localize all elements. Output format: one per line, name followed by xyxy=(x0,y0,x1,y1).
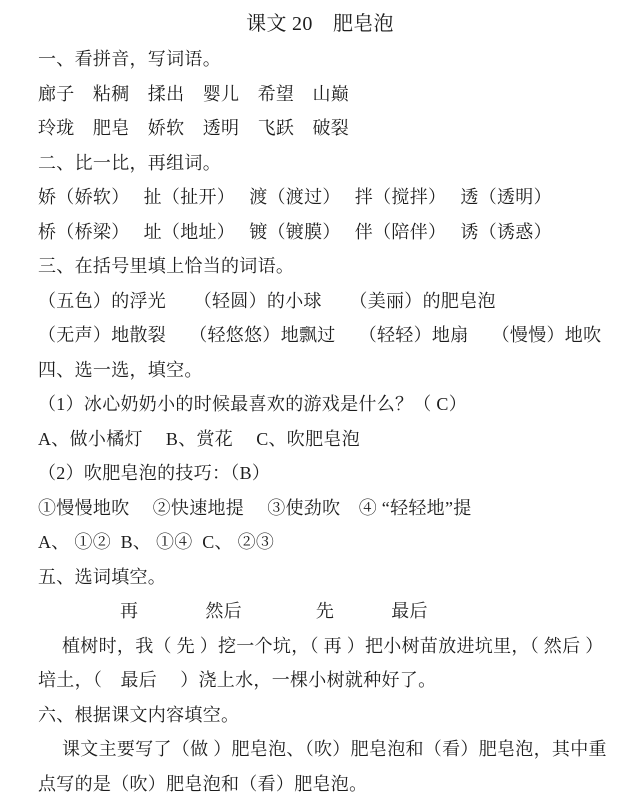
section5-heading: 五、选词填空。 xyxy=(38,560,626,595)
section6-heading: 六、根据课文内容填空。 xyxy=(38,698,626,733)
section2-row-2: 桥（桥梁） 址（地址） 镀（镀膜） 伴（陪伴） 诱（诱惑） xyxy=(38,215,626,250)
section1-word-row-2: 玲珑 肥皂 娇软 透明 飞跃 破裂 xyxy=(38,111,626,146)
section5-paragraph-line-1: 植树时，我（ 先 ）挖一个坑，（ 再 ）把小树苗放进坑里，（ 然后 ） xyxy=(38,629,626,664)
section2-row-1: 娇（娇软） 扯（扯开） 渡（渡过） 拌（搅拌） 透（透明） xyxy=(38,180,626,215)
section5-word-bank: 再然后先最后 xyxy=(38,594,626,629)
section2-heading: 二、比一比，再组词。 xyxy=(38,146,626,181)
word-bank-item: 先 xyxy=(316,594,334,629)
word-bank-item: 然后 xyxy=(205,594,242,629)
worksheet-page: 课文 20 肥皂泡 一、看拼音，写词语。 廊子 粘稠 揉出 婴儿 希望 山巅 玲… xyxy=(0,0,640,803)
page-title: 课文 20 肥皂泡 xyxy=(14,6,626,42)
section4-question-2-items: ①慢慢地吹 ②快速地提 ③使劲吹 ④ “轻轻地”提 xyxy=(38,491,626,526)
word-bank-item: 再 xyxy=(120,594,138,629)
section1-heading: 一、看拼音，写词语。 xyxy=(38,42,626,77)
word-bank-item: 最后 xyxy=(391,594,428,629)
section4-question-2: （2）吹肥皂泡的技巧：（B） xyxy=(38,456,626,491)
section1-word-row-1: 廊子 粘稠 揉出 婴儿 希望 山巅 xyxy=(38,77,626,112)
section3-heading: 三、在括号里填上恰当的词语。 xyxy=(38,249,626,284)
section4-question-1-options: A、做小橘灯 B、赏花 C、吹肥皂泡 xyxy=(38,422,626,457)
section4-question-1: （1）冰心奶奶小的时候最喜欢的游戏是什么？（ C） xyxy=(38,387,626,422)
section6-paragraph-line-2: 点写的是（吹）肥皂泡和（看）肥皂泡。 xyxy=(38,767,626,802)
section3-row-2: （无声）地散裂 （轻悠悠）地飘过 （轻轻）地扇 （慢慢）地吹 xyxy=(38,318,626,353)
section3-row-1: （五色）的浮光 （轻圆）的小球 （美丽）的肥皂泡 xyxy=(38,284,626,319)
section4-heading: 四、选一选，填空。 xyxy=(38,353,626,388)
section5-paragraph-line-2: 培土，（ 最后 ）浇上水，一棵小树就种好了。 xyxy=(38,663,626,698)
section6-paragraph-line-1: 课文主要写了（做 ）肥皂泡、（吹）肥皂泡和（看）肥皂泡，其中重 xyxy=(38,732,626,767)
section4-question-2-options: A、 ①② B、 ①④ C、 ②③ xyxy=(38,525,626,560)
